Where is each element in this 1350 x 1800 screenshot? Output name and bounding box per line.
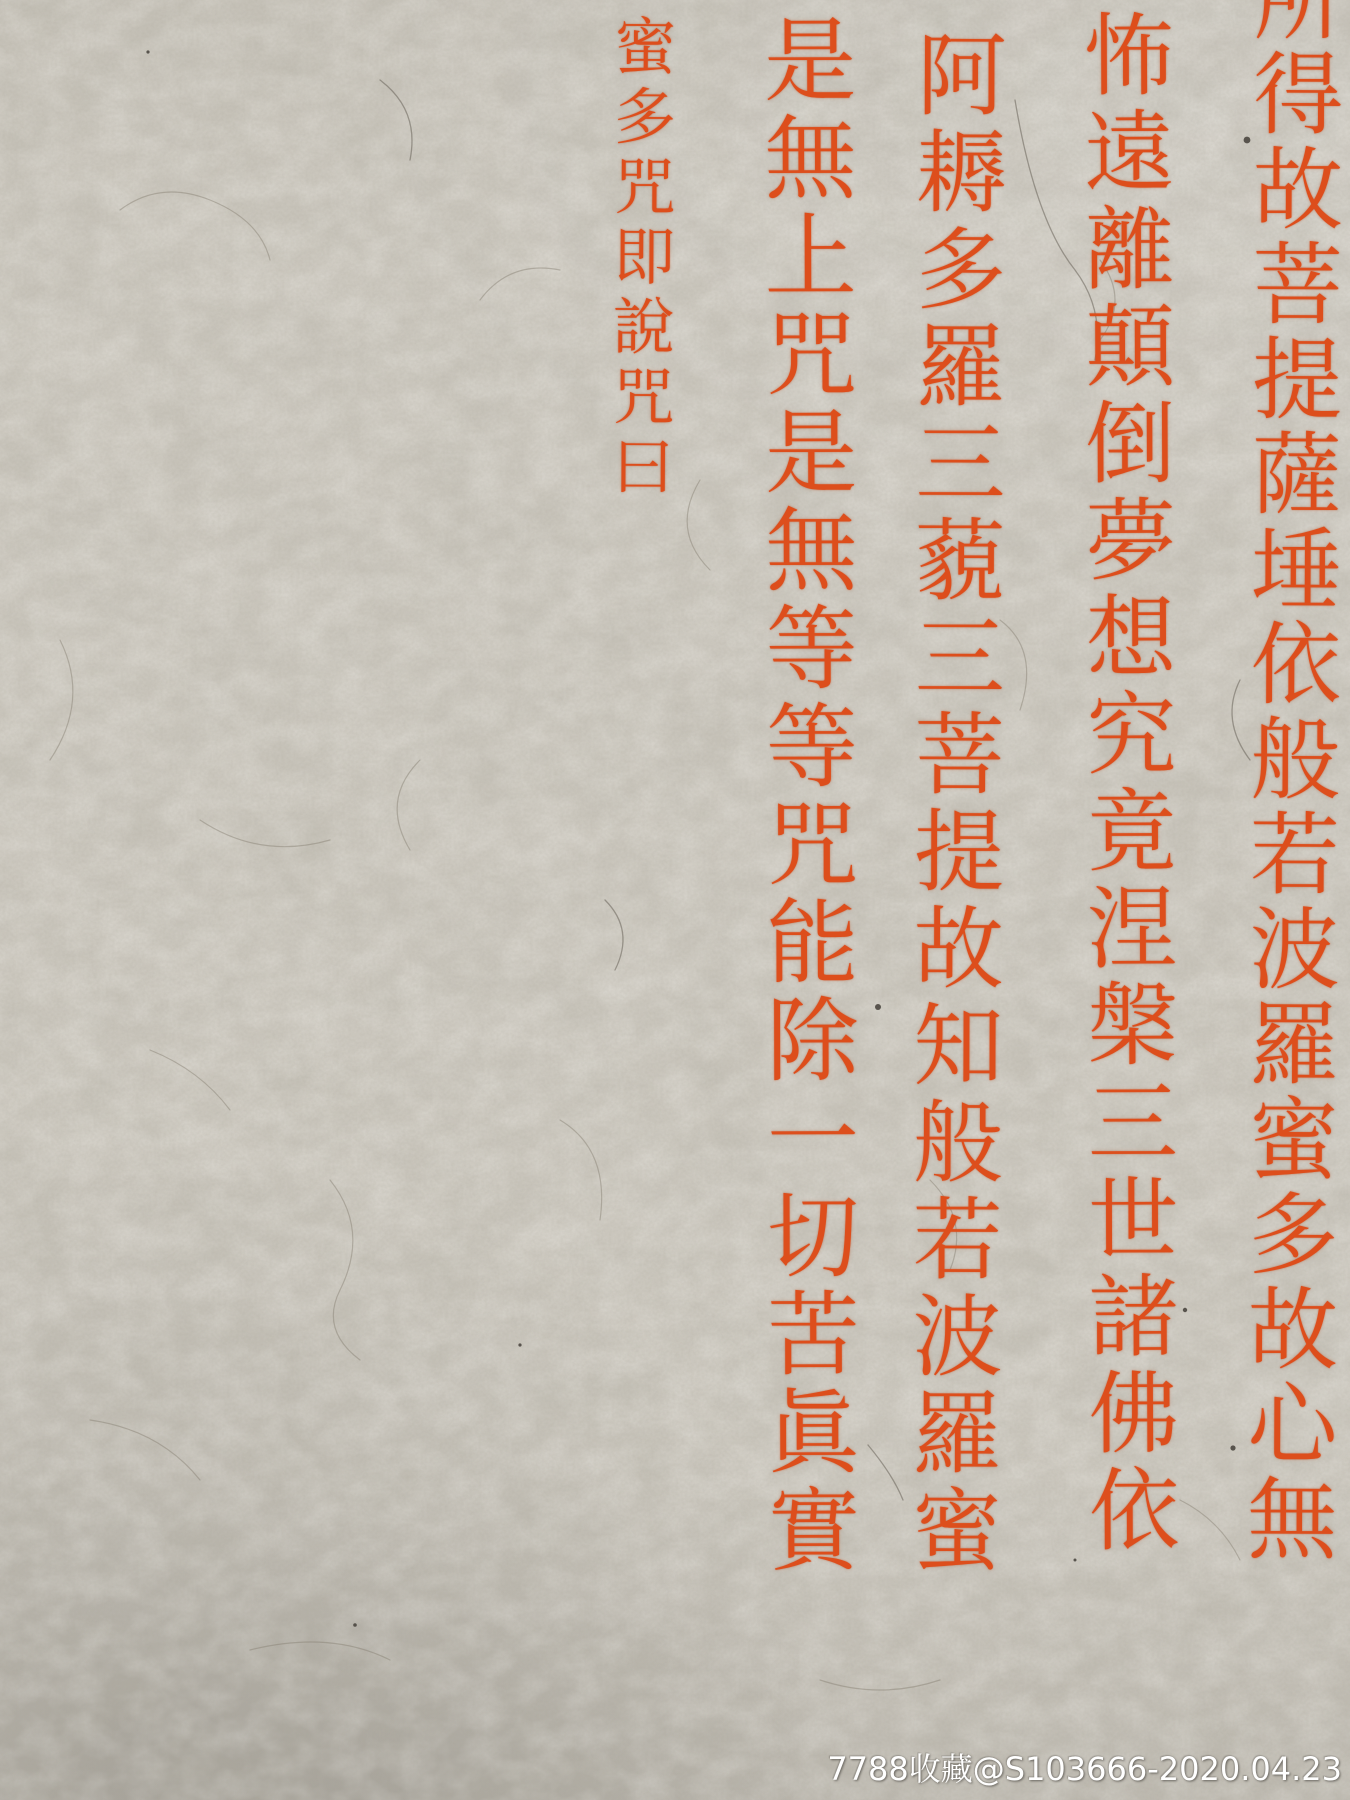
watermark: 7788收藏@S103666-2020.04.23: [827, 1744, 1342, 1790]
sutra-column-3: 阿耨多羅三藐三菩提故知般若波羅蜜: [883, 28, 1018, 1580]
sutra-column-5: 蜜多咒即說咒曰: [593, 14, 685, 504]
sutra-column-4: 是無上咒是無等等咒能除一切苦眞實: [736, 12, 872, 1580]
sutra-column-2: 怖遠離顛倒夢想究竟涅槃三世諸佛依: [1055, 8, 1190, 1560]
manuscript-photo: 所得故菩提薩埵依般若波羅蜜多故心無 怖遠離顛倒夢想究竟涅槃三世諸佛依 阿耨多羅三…: [0, 0, 1350, 1800]
sutra-column-1: 所得故菩提薩埵依般若波羅蜜多故心無: [1218, 0, 1350, 1567]
